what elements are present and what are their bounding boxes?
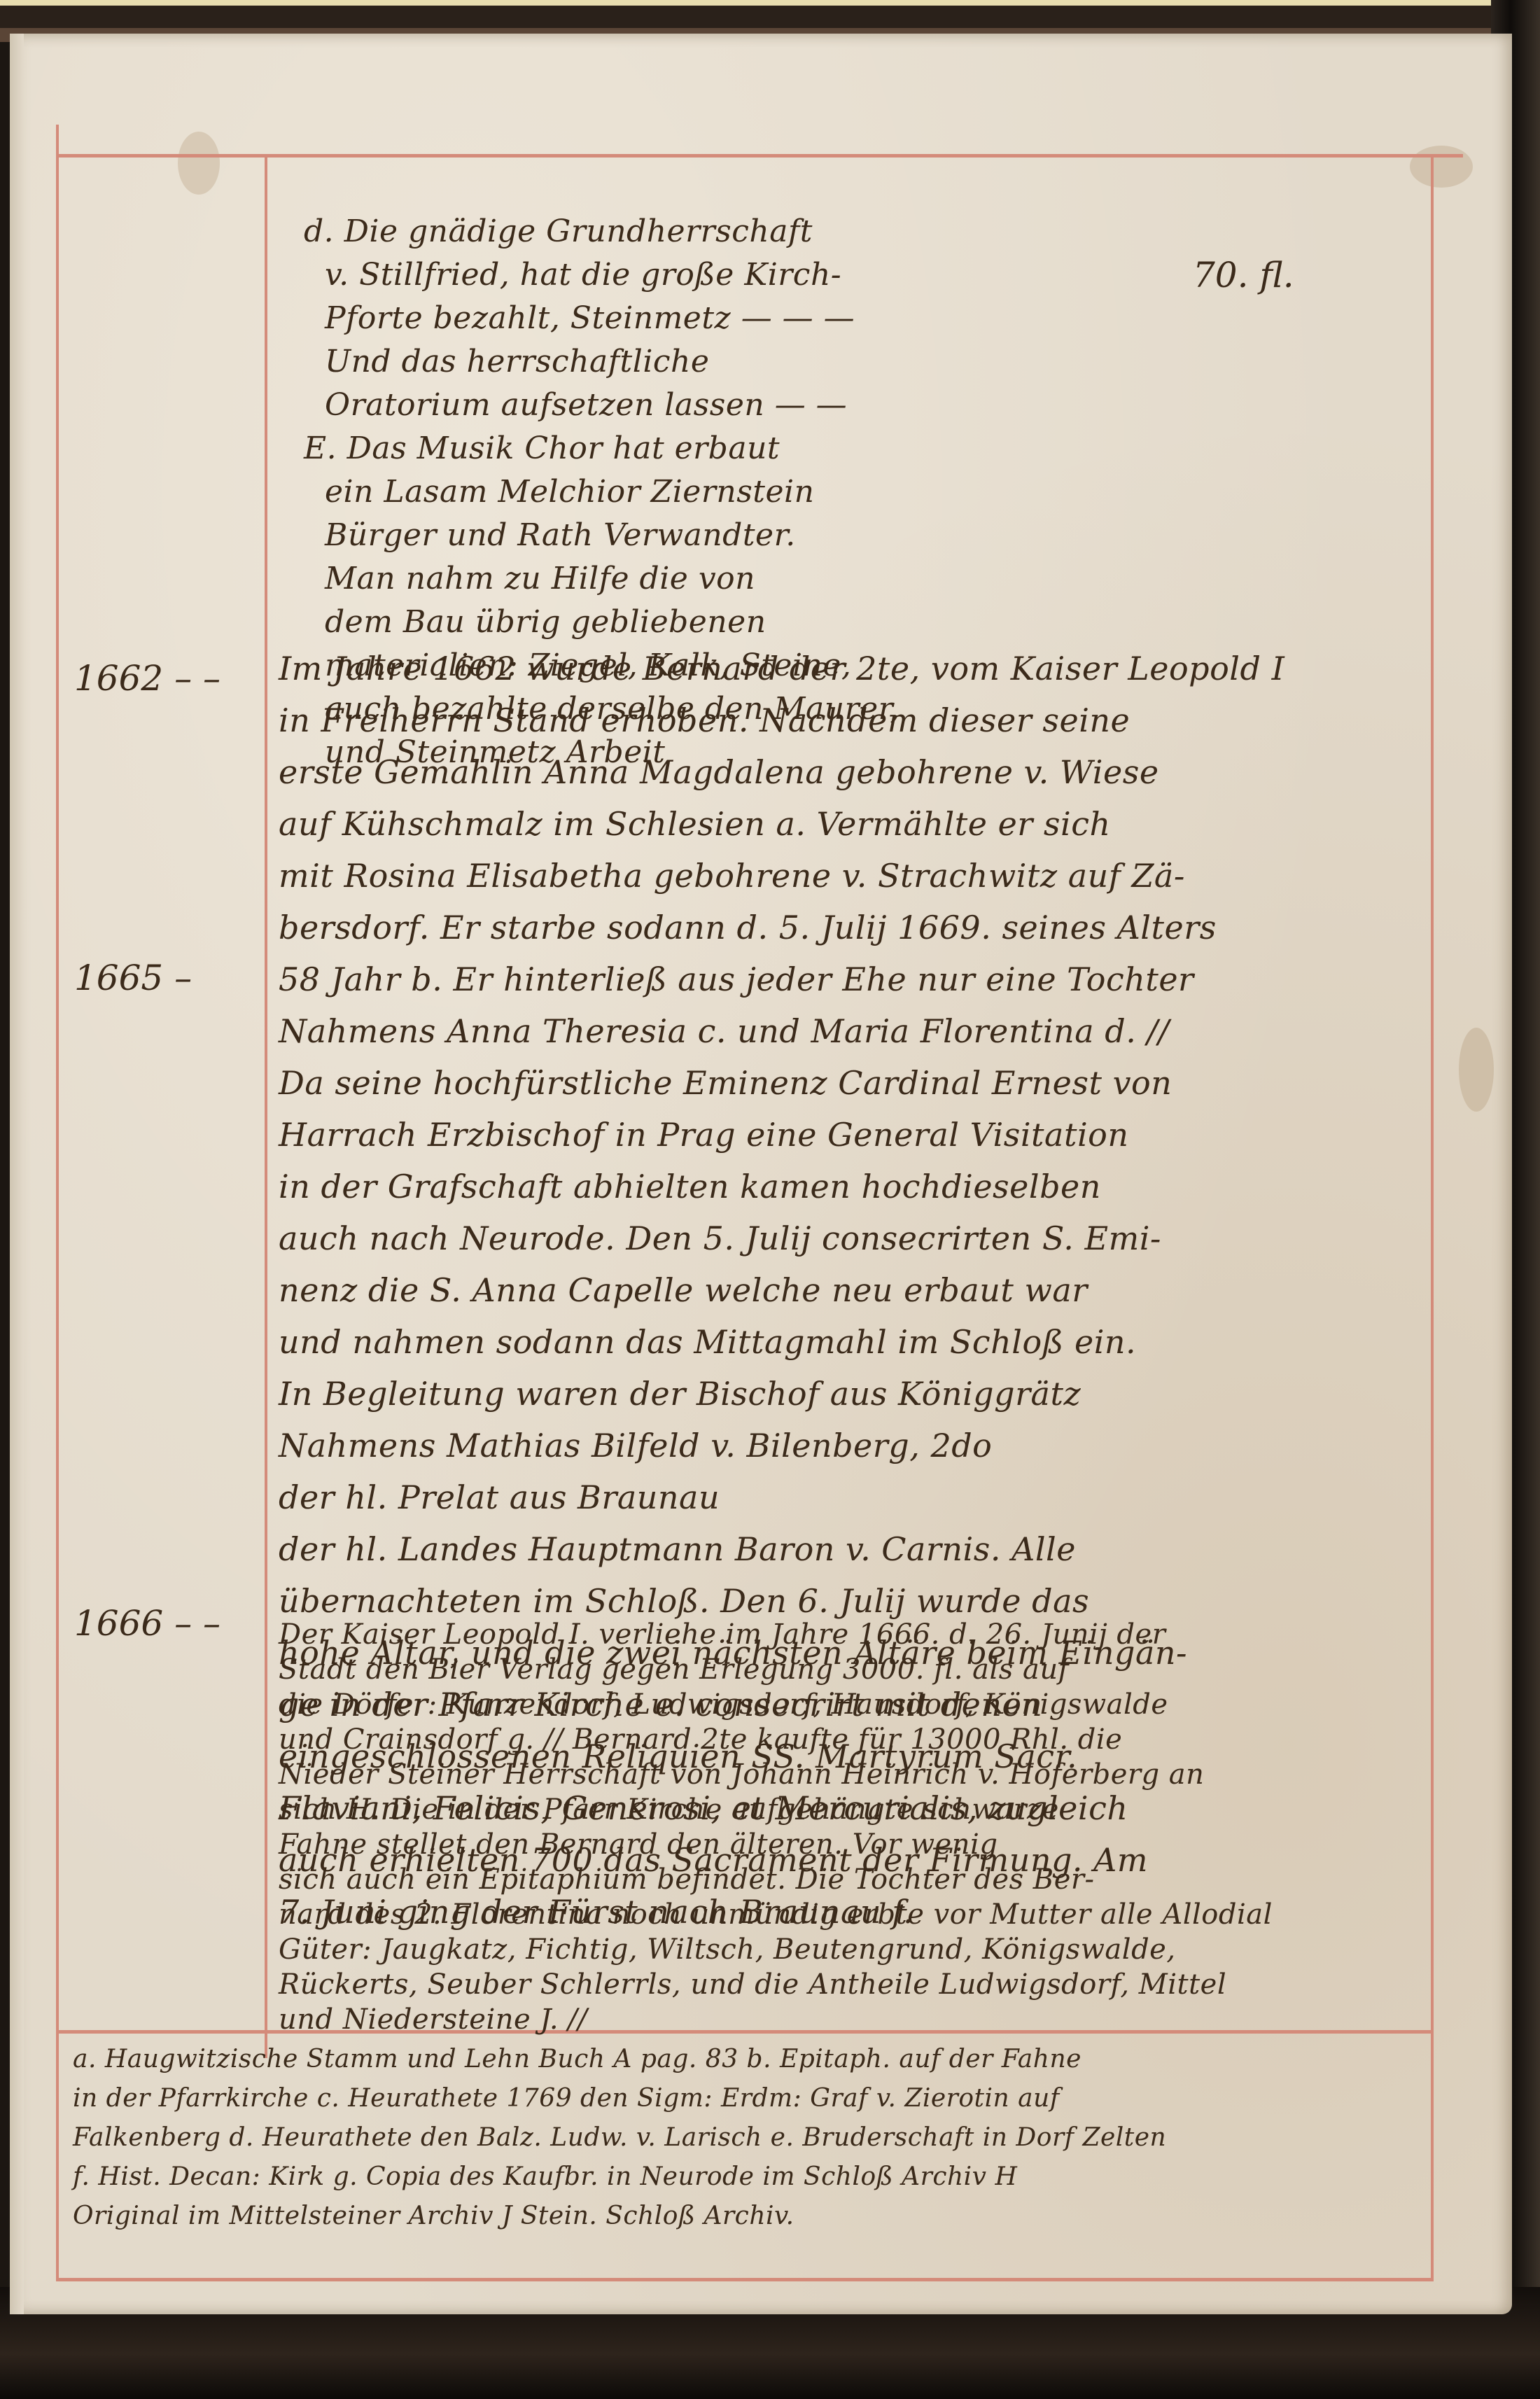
- preamble-line: Pforte bezahlt, Steinmetz — — —: [304, 297, 900, 340]
- entry-line: und Crainsdorf g. // Bernard 2te kaufte …: [279, 1722, 1273, 1757]
- entry-line: bersdorf. Er starbe sodann d. 5. Julij 1…: [279, 902, 1284, 953]
- entry-line: sich auch ein Epitaphium befindet. Die T…: [279, 1862, 1273, 1897]
- preamble-line: ein Lasam Melchior Ziernstein: [304, 470, 900, 514]
- ruling-bottom: [56, 2278, 1434, 2281]
- footnotes-block: a. Haugwitzische Stamm und Lehn Buch A p…: [73, 2040, 1166, 2236]
- preamble-line: dem Bau übrig gebliebenen: [304, 601, 900, 644]
- preamble-line: Man nahm zu Hilfe die von: [304, 557, 900, 601]
- paper-stain: [1410, 146, 1473, 188]
- footnote-line: f. Hist. Decan: Kirk g. Copia des Kaufbr…: [73, 2157, 1166, 2197]
- entry-line: Der Kaiser Leopold I. verliehe im Jahre …: [279, 1617, 1273, 1652]
- entry-line: nard des 2. Florentina noch unmündig erb…: [279, 1897, 1273, 1932]
- entry-line: Nahmens Mathias Bilfeld v. Bilenberg, 2d…: [279, 1420, 1187, 1471]
- entry-line: und Niedersteine J. //: [279, 2002, 1273, 2037]
- preamble-line: Oratorium aufsetzen lassen — —: [304, 384, 900, 427]
- entry-line: In Begleitung waren der Bischof aus Köni…: [279, 1368, 1187, 1420]
- entry-line: Güter: Jaugkatz, Fichtig, Wiltsch, Beute…: [279, 1932, 1273, 1967]
- entry-line: Im Jahre 1662 wurde Bernard der 2te, vom…: [279, 643, 1284, 694]
- footnote-line: Falkenberg d. Heurathete den Balz. Ludw.…: [73, 2118, 1166, 2157]
- year-1662: 1662 – –: [74, 658, 220, 699]
- entry-line: Harrach Erzbischof in Prag eine General …: [279, 1109, 1187, 1161]
- entry-line: Nieder Steiner Herrschaft von Johann Hei…: [279, 1757, 1273, 1792]
- entry-line: der hl. Landes Hauptmann Baron v. Carnis…: [279, 1523, 1187, 1575]
- entry-line: der hl. Prelat aus Braunau: [279, 1471, 1187, 1523]
- ruling-outer-left: [56, 125, 59, 2281]
- manuscript-page: d. Die gnädige Grundherrschaft v. Stillf…: [10, 34, 1512, 2314]
- entry-line: Nahmens Anna Theresia c. und Maria Flore…: [279, 1005, 1284, 1057]
- footnote-line: in der Pfarrkirche c. Heurathete 1769 de…: [73, 2079, 1166, 2118]
- entry-line: mit Rosina Elisabetha gebohrene v. Strac…: [279, 850, 1284, 902]
- preamble-line: v. Stillfried, hat die große Kirch-: [304, 253, 900, 297]
- entry-line: auf Kühschmalz im Schlesien a. Vermählte…: [279, 798, 1284, 850]
- entry-line: erste Gemahlin Anna Magdalena gebohrene …: [279, 746, 1284, 798]
- entry-1666: Der Kaiser Leopold I. verliehe im Jahre …: [279, 1617, 1273, 2037]
- preamble-amount: 70. fl.: [1193, 255, 1294, 295]
- preamble-line: Bürger und Rath Verwandter.: [304, 514, 900, 557]
- entry-line: auch nach Neurode. Den 5. Julij consecri…: [279, 1212, 1187, 1264]
- entry-line: sich H. Die in der Pfarr Kirche aufgehän…: [279, 1792, 1273, 1827]
- year-1666: 1666 – –: [74, 1603, 220, 1644]
- year-1665: 1665 –: [74, 958, 192, 998]
- entry-line: in Freiherrn Stand erhoben. Nachdem dies…: [279, 694, 1284, 746]
- entry-line: in der Grafschaft abhielten kamen hochdi…: [279, 1161, 1187, 1212]
- entry-line: die Dörfer: Kunzendorf, Ludwigsdorf, Hau…: [279, 1687, 1273, 1722]
- entry-1662: Im Jahre 1662 wurde Bernard der 2te, vom…: [279, 643, 1284, 1057]
- footnote-line: a. Haugwitzische Stamm und Lehn Buch A p…: [73, 2040, 1166, 2079]
- entry-line: Da seine hochfürstliche Eminenz Cardinal…: [279, 1057, 1187, 1109]
- ruling-year-column: [265, 154, 267, 2058]
- entry-line: Stadt den Bier Verlag gegen Erlegung 300…: [279, 1652, 1273, 1687]
- paper-stain: [1459, 1028, 1494, 1112]
- ruling-right: [1431, 154, 1434, 2281]
- entry-line: Rückerts, Seuber Schlerrls, und die Anth…: [279, 1967, 1273, 2002]
- entry-line: nenz die S. Anna Capelle welche neu erba…: [279, 1264, 1187, 1316]
- preamble-line: E. Das Musik Chor hat erbaut: [304, 427, 900, 470]
- preamble-line: d. Die gnädige Grundherrschaft: [304, 210, 900, 253]
- preamble-line: Und das herrschaftliche: [304, 340, 900, 384]
- page-gutter: [10, 34, 24, 2314]
- entry-line: Fahne stellet den Bernard den älteren. V…: [279, 1827, 1273, 1862]
- entry-line: 58 Jahr b. Er hinterließ aus jeder Ehe n…: [279, 953, 1284, 1005]
- paper-stain: [178, 132, 220, 195]
- entry-line: und nahmen sodann das Mittagmahl im Schl…: [279, 1316, 1187, 1368]
- footnote-line: Original im Mittelsteiner Archiv J Stein…: [73, 2197, 1166, 2236]
